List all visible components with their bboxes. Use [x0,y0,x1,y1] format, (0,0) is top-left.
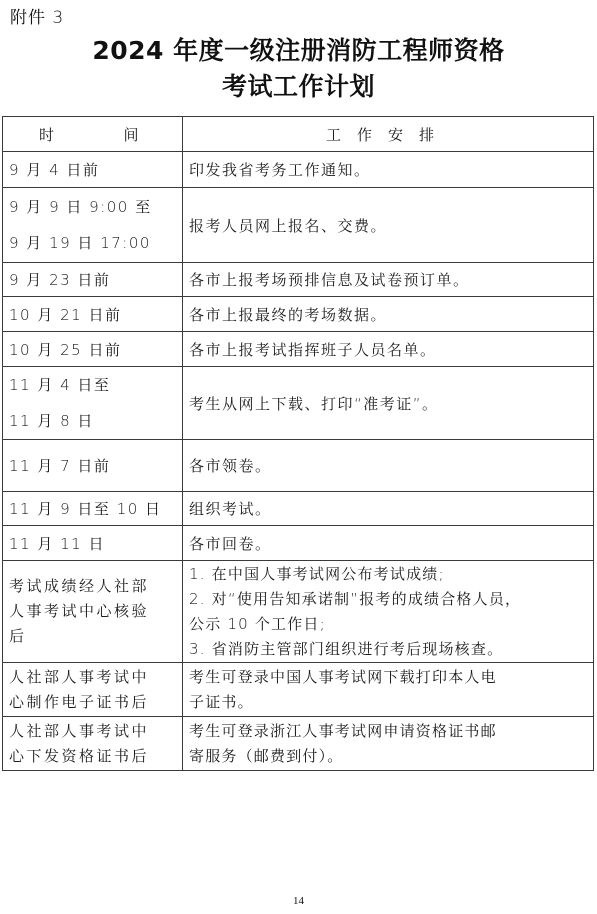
table-row: 9 月 4 日前印发我省考务工作通知。 [3,152,594,188]
task-text: 子证书。 [189,690,587,715]
table-row: 10 月 25 日前各市上报考试指挥班子人员名单。 [3,332,594,367]
table-header-row: 时 间 工作安排 [3,117,594,152]
task-text: 3. 省消防主管部门组织进行考后现场核查。 [189,637,587,662]
task-cell: 组织考试。 [183,492,594,526]
task-cell: 各市领卷。 [183,440,594,492]
table-row: 11 月 9 日至 10 日组织考试。 [3,492,594,526]
task-text: 各市领卷。 [189,455,587,476]
table-row: 9 月 9 日 9:00 至9 月 19 日 17:00报考人员网上报名、交费。 [3,188,594,263]
task-cell: 考生可登录浙江人事考试网申请资格证书邮寄服务（邮费到付）。 [183,717,594,771]
task-text: 各市上报最终的考场数据。 [189,304,587,325]
table-row: 11 月 7 日前各市领卷。 [3,440,594,492]
time-cell: 人社部人事考试中心下发资格证书后 [3,717,183,771]
table-row: 人社部人事考试中心下发资格证书后考生可登录浙江人事考试网申请资格证书邮寄服务（邮… [3,717,594,771]
time-cell: 11 月 7 日前 [3,440,183,492]
time-text: 9 月 4 日前 [9,159,176,180]
task-cell: 各市上报最终的考场数据。 [183,297,594,332]
table-row: 11 月 4 日至11 月 8 日考生从网上下载、打印“准考证”。 [3,367,594,440]
time-cell: 11 月 9 日至 10 日 [3,492,183,526]
task-text: 2. 对“使用告知承诺制”报考的成绩合格人员， [189,587,587,612]
time-text: 9 月 9 日 9:00 至 [9,189,176,225]
time-text: 后 [9,624,176,649]
time-text: 11 月 8 日 [9,403,176,439]
task-text: 各市上报考场预排信息及试卷预订单。 [189,269,587,290]
task-text: 考生从网上下载、打印“准考证”。 [189,393,587,414]
table-row: 10 月 21 日前各市上报最终的考场数据。 [3,297,594,332]
page-number: 14 [0,895,597,907]
time-text: 人社部人事考试中 [9,665,176,690]
header-time-right: 间 [123,124,140,145]
time-cell: 9 月 4 日前 [3,152,183,188]
task-text: 公示 10 个工作日; [189,612,587,637]
time-text: 10 月 25 日前 [9,339,176,360]
time-text: 11 月 9 日至 10 日 [9,498,176,519]
header-time-left: 时 [39,124,56,145]
task-cell: 考生可登录中国人事考试网下载打印本人电子证书。 [183,663,594,717]
time-cell: 10 月 21 日前 [3,297,183,332]
exam-schedule-table: 时 间 工作安排 9 月 4 日前印发我省考务工作通知。9 月 9 日 9:00… [2,116,594,771]
task-text: 组织考试。 [189,498,587,519]
task-cell: 印发我省考务工作通知。 [183,152,594,188]
task-cell: 报考人员网上报名、交费。 [183,188,594,263]
time-text: 心制作电子证书后 [9,690,176,715]
time-text: 9 月 19 日 17:00 [9,225,176,261]
time-cell: 9 月 23 日前 [3,263,183,297]
task-text: 寄服务（邮费到付）。 [189,744,587,769]
time-cell: 10 月 25 日前 [3,332,183,367]
time-text: 心下发资格证书后 [9,744,176,769]
header-task: 工作安排 [183,117,594,152]
time-text: 考试成绩经人社部 [9,574,176,599]
time-text: 11 月 11 日 [9,533,176,554]
task-text: 印发我省考务工作通知。 [189,159,587,180]
task-text: 报考人员网上报名、交费。 [189,215,587,236]
table-body: 9 月 4 日前印发我省考务工作通知。9 月 9 日 9:00 至9 月 19 … [3,152,594,771]
task-cell: 1. 在中国人事考试网公布考试成绩;2. 对“使用告知承诺制”报考的成绩合格人员… [183,561,594,663]
task-text: 考生可登录浙江人事考试网申请资格证书邮 [189,719,587,744]
time-cell: 11 月 11 日 [3,526,183,561]
time-text: 9 月 23 日前 [9,269,176,290]
task-text: 考生可登录中国人事考试网下载打印本人电 [189,665,587,690]
document-title-line-2: 考试工作计划 [0,70,597,104]
task-text: 1. 在中国人事考试网公布考试成绩; [189,562,587,587]
time-cell: 9 月 9 日 9:00 至9 月 19 日 17:00 [3,188,183,263]
time-text: 10 月 21 日前 [9,304,176,325]
table-row: 人社部人事考试中心制作电子证书后考生可登录中国人事考试网下载打印本人电子证书。 [3,663,594,717]
time-cell: 11 月 4 日至11 月 8 日 [3,367,183,440]
document-title-line-1: 2024 年度一级注册消防工程师资格 [0,34,597,68]
attachment-label: 附件 3 [10,3,64,28]
time-text: 11 月 4 日至 [9,367,176,403]
task-cell: 各市上报考试指挥班子人员名单。 [183,332,594,367]
table-row: 9 月 23 日前各市上报考场预排信息及试卷预订单。 [3,263,594,297]
task-cell: 各市上报考场预排信息及试卷预订单。 [183,263,594,297]
time-cell: 人社部人事考试中心制作电子证书后 [3,663,183,717]
task-cell: 各市回卷。 [183,526,594,561]
time-text: 人社部人事考试中 [9,719,176,744]
header-time: 时 间 [3,117,183,152]
table-row: 11 月 11 日各市回卷。 [3,526,594,561]
time-text: 11 月 7 日前 [9,455,176,476]
task-text: 各市回卷。 [189,533,587,554]
table-row: 考试成绩经人社部人事考试中心核验后1. 在中国人事考试网公布考试成绩;2. 对“… [3,561,594,663]
time-text: 人事考试中心核验 [9,599,176,624]
task-text: 各市上报考试指挥班子人员名单。 [189,339,587,360]
time-cell: 考试成绩经人社部人事考试中心核验后 [3,561,183,663]
task-cell: 考生从网上下载、打印“准考证”。 [183,367,594,440]
